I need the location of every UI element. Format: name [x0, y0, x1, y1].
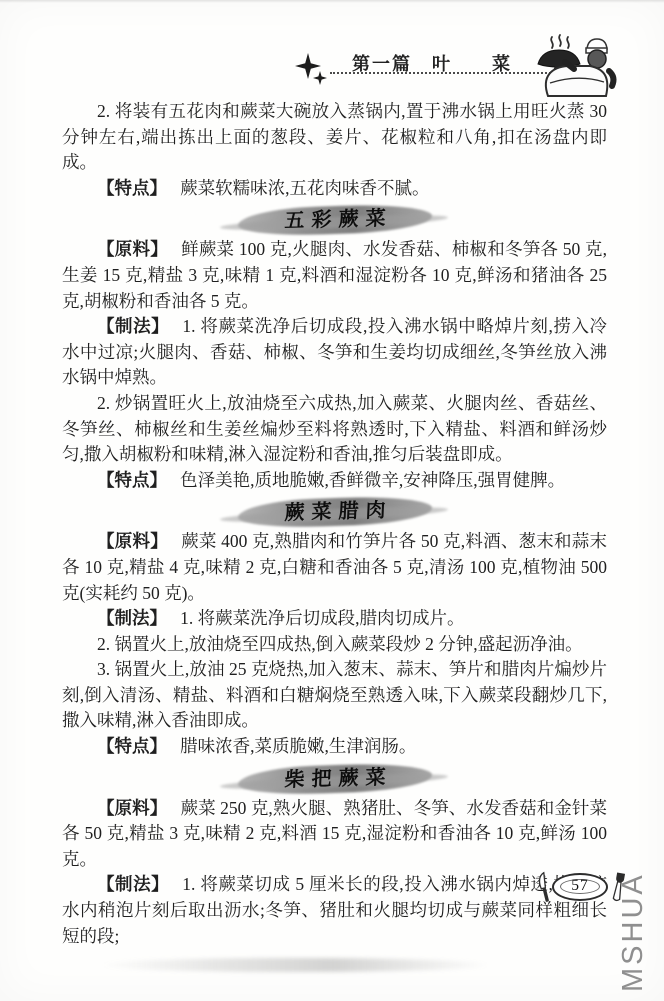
recipe-field-paragraph: 【特点】腊味浓香,菜质脆嫩,生津润肠。 [62, 734, 607, 760]
recipe-field-paragraph: 【原料】蕨菜 250 克,熟火腿、熟猪肚、冬笋、水发香菇和金针菜各 50 克,精… [62, 796, 607, 873]
recipe-heading-text: 柴把蕨菜 [235, 761, 434, 796]
recipe-field-paragraph: 【原料】蕨菜 400 克,熟腊肉和竹笋片各 50 克,料酒、葱末和蒜末各 10 … [62, 529, 607, 606]
paragraph-text: 2. 将装有五花肉和蕨菜大碗放入蒸锅内,置于沸水锅上用旺火蒸 30 分钟左右,端… [62, 101, 607, 172]
recipe-step-paragraph: 2. 炒锅置旺火上,放油烧至六成热,加入蕨菜、火腿肉丝、香菇丝、冬笋丝、柿椒丝和… [62, 391, 607, 468]
paragraph-text: 蕨菜软糯味浓,五花肉味香不腻。 [180, 178, 429, 198]
recipe-field-paragraph: 【制法】1. 将蕨菜洗净后切成段,投入沸水锅中略焯片刻,捞入冷水中过凉;火腿肉、… [62, 314, 607, 391]
paragraph-text: 1. 将蕨菜洗净后切成段,腊肉切成片。 [180, 608, 464, 628]
recipe-field-paragraph: 【制法】1. 将蕨菜洗净后切成段,腊肉切成片。 [62, 606, 607, 632]
page-content: 2. 将装有五花肉和蕨菜大碗放入蒸锅内,置于沸水锅上用旺火蒸 30 分钟左右,端… [62, 99, 607, 949]
field-label: 【特点】 [97, 470, 180, 490]
field-label: 【原料】 [97, 239, 181, 259]
paragraph-text: 2. 锅置火上,放油烧至四成热,倒入蕨菜段炒 2 分钟,盛起沥净油。 [97, 634, 583, 654]
page-footer: 57 [536, 869, 628, 907]
field-label: 【原料】 [97, 798, 180, 818]
field-label: 【原料】 [97, 531, 181, 551]
field-label: 【制法】 [97, 316, 182, 336]
watermark: MSHUA [617, 872, 650, 992]
paragraph-text: 2. 炒锅置旺火上,放油烧至六成热,加入蕨菜、火腿肉丝、香菇丝、冬笋丝、柿椒丝和… [62, 393, 607, 464]
scan-top-edge [0, 0, 664, 3]
recipe-field-paragraph: 【原料】鲜蕨菜 100 克,火腿肉、水发香菇、柿椒和冬笋各 50 克,生姜 15… [62, 237, 607, 314]
paragraph-text: 色泽美艳,质地脆嫩,香鲜微辛,安神降压,强胃健脾。 [180, 470, 565, 490]
recipe-heading-text: 五彩蕨菜 [235, 203, 434, 238]
recipe-step-paragraph: 3. 锅置火上,放油 25 克烧热,加入葱末、蒜末、笋片和腊肉片煸炒片刻,倒入清… [62, 657, 607, 734]
plate-icon: 57 [552, 873, 608, 901]
recipe-heading: 柴把蕨菜 [236, 764, 434, 794]
paragraph-text: 腊味浓香,菜质脆嫩,生津润肠。 [180, 736, 416, 756]
recipe-heading: 蕨菜腊肉 [236, 497, 434, 527]
field-label: 【制法】 [97, 874, 182, 894]
paragraph-text: 3. 锅置火上,放油 25 克烧热,加入葱末、蒜末、笋片和腊肉片煸炒片刻,倒入清… [62, 659, 607, 730]
field-label: 【特点】 [97, 178, 180, 198]
recipe-field-paragraph: 【制法】1. 将蕨菜切成 5 厘米长的段,投入沸水锅内焯透,捞入凉水内稍泡片刻后… [62, 872, 607, 949]
scan-smudge [100, 958, 490, 972]
field-label: 【特点】 [97, 736, 180, 756]
recipe-field-paragraph: 【特点】色泽美艳,质地脆嫩,香鲜微辛,安神降压,强胃健脾。 [62, 468, 607, 494]
field-label: 【制法】 [97, 608, 180, 628]
sparkle-icon [295, 53, 335, 89]
recipe-step-paragraph: 2. 将装有五花肉和蕨菜大碗放入蒸锅内,置于沸水锅上用旺火蒸 30 分钟左右,端… [62, 99, 607, 176]
page-number: 57 [554, 877, 606, 895]
recipe-step-paragraph: 2. 锅置火上,放油烧至四成热,倒入蕨菜段炒 2 分钟,盛起沥净油。 [62, 632, 607, 658]
recipe-field-paragraph: 【特点】蕨菜软糯味浓,五花肉味香不腻。 [62, 176, 607, 202]
recipe-heading: 五彩蕨菜 [236, 205, 434, 235]
recipe-heading-text: 蕨菜腊肉 [235, 495, 434, 530]
cookbook-page: 第一篇 叶 菜 2. 将装有五花肉和蕨菜大碗放入蒸锅内,置于沸水锅上用旺火蒸 3… [0, 0, 664, 1001]
chef-illustration-icon [524, 33, 624, 97]
